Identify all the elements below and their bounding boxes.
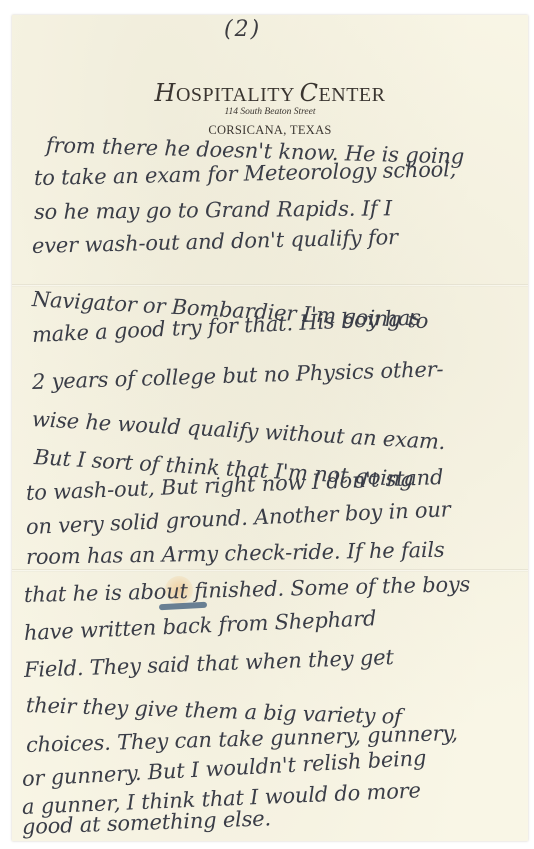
handwritten-line: to take an exam for Meteorology school, (34, 157, 457, 190)
letterhead-street: 114 South Beaton Street (12, 107, 528, 117)
handwritten-line: Field. They said that when they get (24, 645, 394, 682)
letterhead-title-word-1: OSPITALITY (176, 84, 294, 106)
handwritten-line: ever wash-out and don't qualify for (32, 225, 398, 258)
letterhead-title-cap-2: C (300, 79, 319, 107)
letterhead-title-word-2: ENTER (319, 84, 386, 106)
handwritten-line: room has an Army check-ride. If he fails (26, 538, 445, 569)
handwritten-line: on very solid ground. Another boy in our (25, 497, 450, 539)
letterhead-title-cap-1: H (155, 79, 176, 107)
letter-page: (2) HOSPITALITY CENTER 114 South Beaton … (12, 15, 528, 841)
handwritten-line: wise he would qualify without an exam. (31, 407, 446, 454)
handwritten-line: 2 years of college but no Physics other- (32, 357, 444, 394)
page-number: (2) (224, 17, 261, 42)
crossed-out-word (159, 602, 207, 611)
handwritten-line: have written back from Shephard (23, 606, 376, 645)
handwritten-line: that he is about finished. Some of the b… (24, 572, 471, 607)
handwritten-line: so he may go to Grand Rapids. If I (34, 196, 392, 224)
fold-line-upper (12, 284, 528, 287)
letterhead-title: HOSPITALITY CENTER (12, 79, 528, 107)
